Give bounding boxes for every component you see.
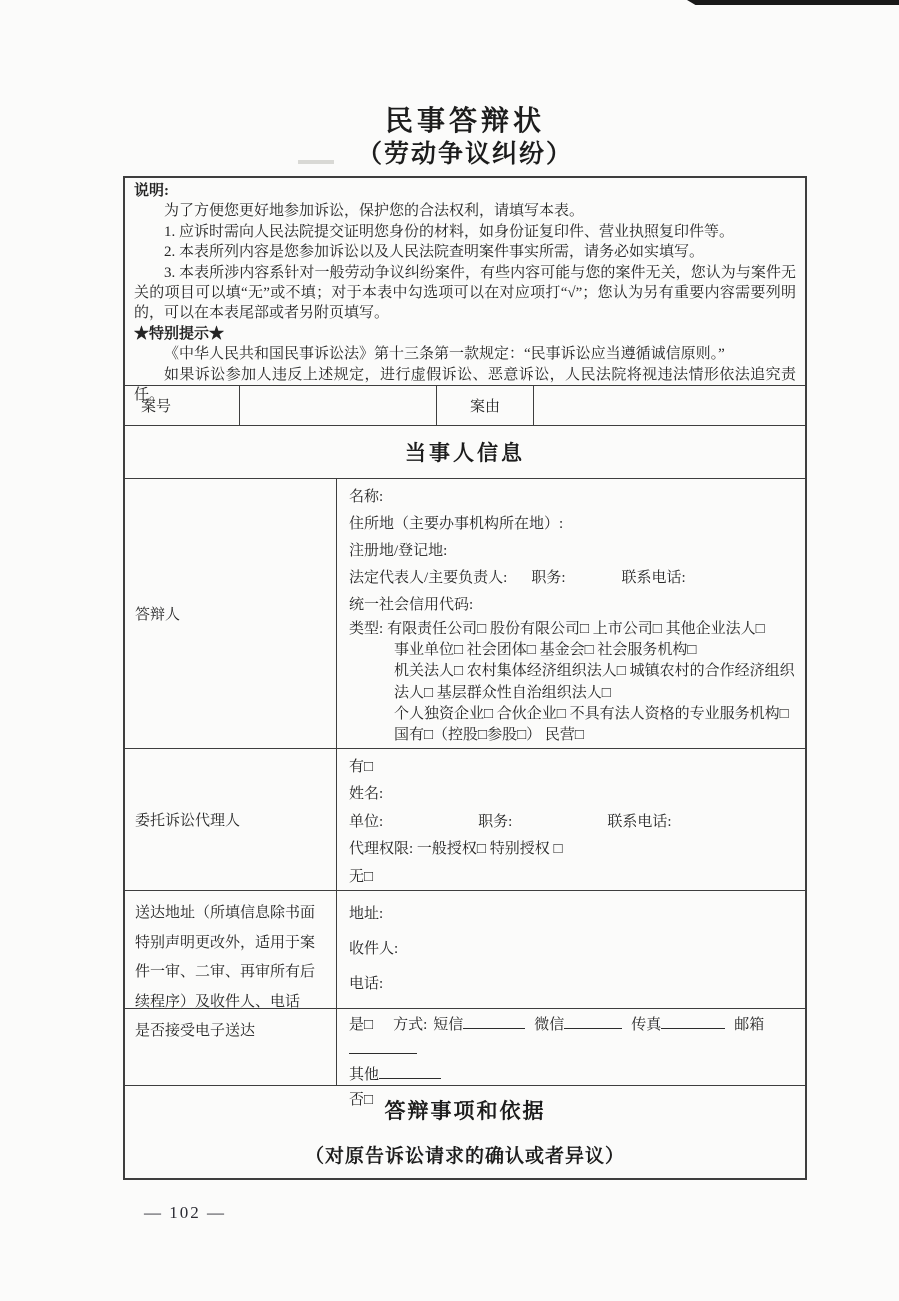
party-info-header: 当事人信息	[125, 426, 805, 479]
cause-label: 案由	[437, 386, 534, 425]
agent-unit-line: 单位:职务:联系电话:	[349, 809, 795, 836]
respondent-type-line-2: 事业单位□ 社会团体□ 基金会□ 社会服务机构□	[394, 640, 795, 661]
page-number: — 102 —	[144, 1203, 226, 1223]
phone-field: 联系电话:	[622, 570, 686, 586]
scan-artifact	[687, 0, 899, 5]
respondent-registered-field: 注册地/登记地:	[349, 538, 795, 565]
channel-sms: 短信	[433, 1017, 463, 1033]
defense-section: 答辩事项和依据 （对原告诉讼请求的确认或者异议）	[125, 1086, 805, 1178]
page-title: 民事答辩状	[123, 99, 807, 139]
respondent-type-line-5: 国有□（控股□参股□） 民营□	[394, 725, 795, 746]
legal-rep-field: 法定代表人/主要负责人:	[349, 570, 507, 586]
service-address-fields: 地址: 收件人: 电话:	[337, 891, 805, 1008]
defense-section-subtitle: （对原告诉讼请求的确认或者异议）	[125, 1141, 805, 1168]
wechat-blank	[564, 1016, 622, 1029]
email-blank	[349, 1041, 417, 1054]
respondent-credit-code-field: 统一社会信用代码:	[349, 592, 795, 619]
service-phone-field: 电话:	[349, 967, 795, 1002]
e-service-label: 是否接受电子送达	[125, 1009, 337, 1085]
e-service-yes-line: 是□方式:短信微信传真邮箱	[349, 1013, 795, 1063]
defense-section-title: 答辩事项和依据	[125, 1095, 805, 1125]
channel-wechat: 微信	[534, 1017, 564, 1033]
special-notice-heading: ★特别提示★	[134, 324, 796, 344]
defense-statement-form: 说明: 为了方便您更好地参加诉讼，保护您的合法权利，请填写本表。 1. 应诉时需…	[123, 176, 807, 1180]
sms-blank	[463, 1016, 525, 1029]
position-field: 职务:	[531, 570, 565, 586]
case-number-value	[240, 386, 437, 425]
agent-authority-line: 代理权限: 一般授权□ 特别授权 □	[349, 836, 795, 863]
type-options-1: 有限责任公司□ 股份有限公司□ 上市公司□ 其他企业法人□	[387, 621, 765, 637]
e-service-row: 是否接受电子送达 是□方式:短信微信传真邮箱 其他 否□	[125, 1009, 805, 1086]
respondent-fields: 名称: 住所地（主要办事机构所在地）: 注册地/登记地: 法定代表人/主要负责人…	[337, 479, 805, 748]
agent-label: 委托诉讼代理人	[125, 749, 337, 890]
other-blank	[379, 1066, 441, 1079]
agent-fields: 有□ 姓名: 单位:职务:联系电话: 代理权限: 一般授权□ 特别授权 □ 无□	[337, 749, 805, 890]
service-address-label: 送达地址（所填信息除书面特别声明更改外，适用于案件一审、二审、再审所有后续程序）…	[125, 891, 337, 1008]
cause-value	[534, 386, 805, 425]
e-service-other-label: 其他	[349, 1067, 379, 1083]
special-notice-line-1: 《中华人民共和国民事诉讼法》第十三条第一款规定：“民事诉讼应当遵循诚信原则。”	[134, 344, 796, 364]
instruction-item-1: 1. 应诉时需向人民法院提交证明您身份的材料，如身份证复印件、营业执照复印件等。	[134, 222, 796, 242]
instructions-intro: 为了方便您更好地参加诉讼，保护您的合法权利，请填写本表。	[134, 201, 796, 221]
e-service-yes-checkbox: 是□	[349, 1017, 373, 1033]
type-label: 类型:	[349, 621, 383, 637]
agent-none-checkbox: 无□	[349, 864, 795, 891]
agent-row: 委托诉讼代理人 有□ 姓名: 单位:职务:联系电话: 代理权限: 一般授权□ 特…	[125, 749, 805, 891]
address-field: 地址:	[349, 897, 795, 932]
instructions-heading: 说明:	[134, 181, 796, 201]
respondent-type-line-1: 类型:有限责任公司□ 股份有限公司□ 上市公司□ 其他企业法人□	[349, 619, 795, 640]
agent-phone-field: 联系电话:	[607, 814, 671, 830]
e-service-fields: 是□方式:短信微信传真邮箱 其他 否□	[337, 1009, 805, 1085]
case-number-label: 案号	[125, 386, 240, 425]
e-service-other-line: 其他	[349, 1063, 795, 1088]
respondent-domicile-field: 住所地（主要办事机构所在地）:	[349, 511, 795, 538]
fax-blank	[661, 1016, 725, 1029]
respondent-type-line-4: 个人独资企业□ 合伙企业□ 不具有法人资格的专业服务机构□	[394, 704, 795, 725]
agent-name-field: 姓名:	[349, 781, 795, 808]
respondent-name-field: 名称:	[349, 484, 795, 511]
agent-has-checkbox: 有□	[349, 754, 795, 781]
channel-fax: 传真	[631, 1017, 661, 1033]
recipient-field: 收件人:	[349, 932, 795, 967]
agent-position-field: 职务:	[478, 814, 512, 830]
e-service-method-label: 方式:	[393, 1017, 427, 1033]
channel-email: 邮箱	[734, 1017, 764, 1033]
respondent-type-line-3: 机关法人□ 农村集体经济组织法人□ 城镇农村的合作经济组织法人□ 基层群众性自治…	[394, 661, 795, 703]
respondent-label: 答辩人	[125, 479, 337, 748]
respondent-row: 答辩人 名称: 住所地（主要办事机构所在地）: 注册地/登记地: 法定代表人/主…	[125, 479, 805, 749]
instructions-box: 说明: 为了方便您更好地参加诉讼，保护您的合法权利，请填写本表。 1. 应诉时需…	[125, 178, 805, 386]
agent-unit-field: 单位:	[349, 814, 383, 830]
instruction-item-2: 2. 本表所列内容是您参加诉讼以及人民法院查明案件事实所需，请务必如实填写。	[134, 242, 796, 262]
instruction-item-3: 3. 本表所涉内容系针对一般劳动争议纠纷案件，有些内容可能与您的案件无关，您认为…	[134, 263, 796, 324]
page-subtitle: （劳动争议纠纷）	[123, 134, 807, 170]
service-address-row: 送达地址（所填信息除书面特别声明更改外，适用于案件一审、二审、再审所有后续程序）…	[125, 891, 805, 1009]
respondent-legal-rep-line: 法定代表人/主要负责人:职务:联系电话:	[349, 565, 795, 592]
case-row: 案号 案由	[125, 386, 805, 426]
